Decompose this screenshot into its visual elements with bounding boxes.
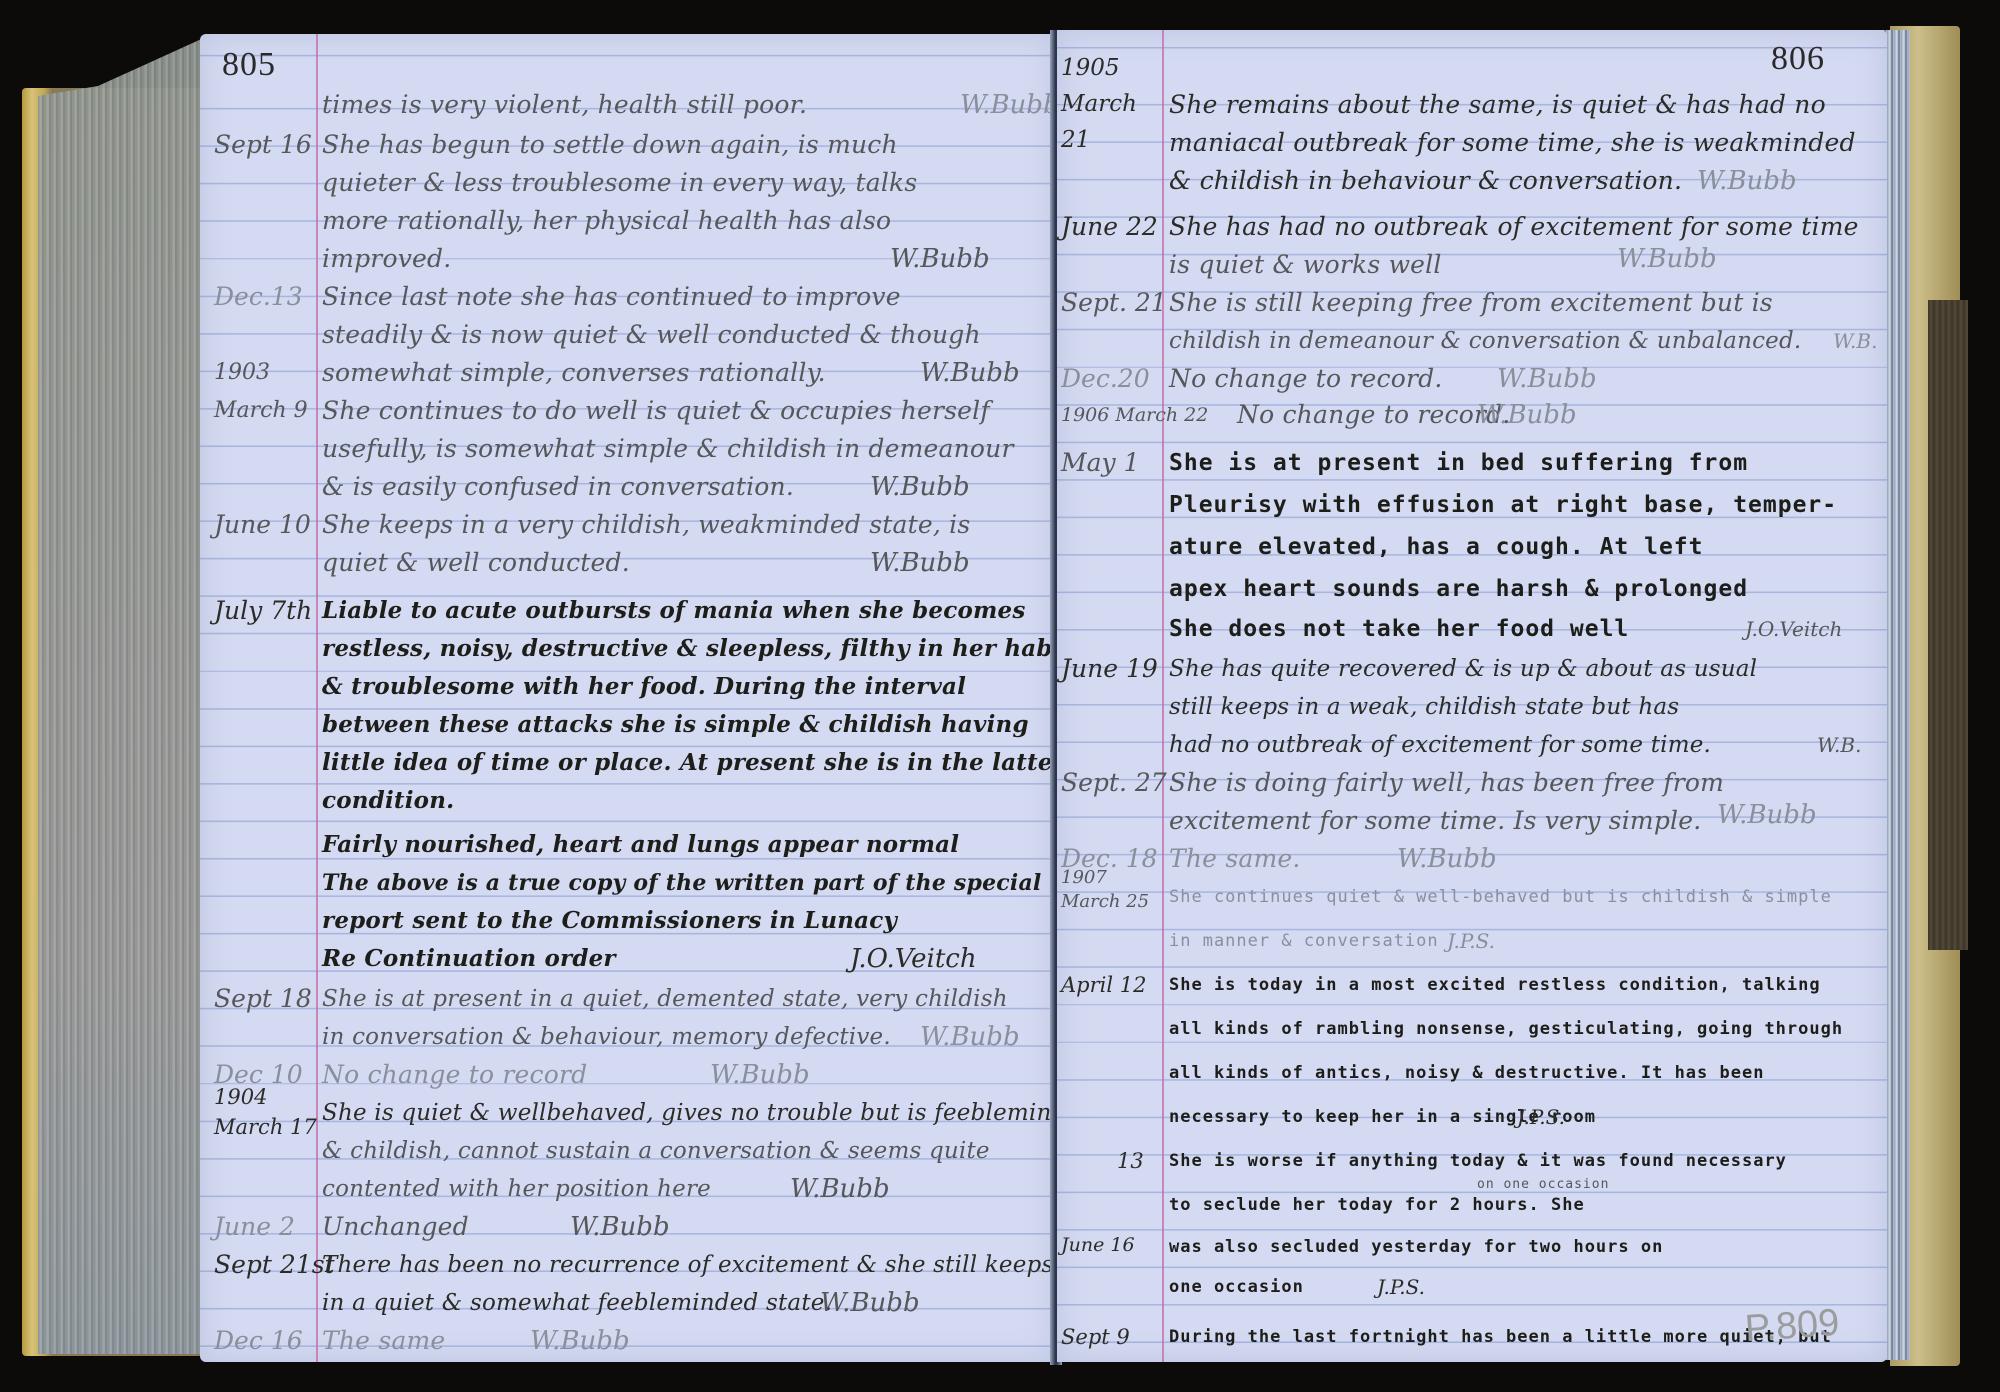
- signature: W.Bubb: [920, 354, 1020, 392]
- entry-line: She continues to do well is quiet & occu…: [322, 392, 990, 430]
- entry-line: somewhat simple, converses rationally.: [322, 354, 826, 392]
- entry-line: times is very violent, health still poor…: [322, 86, 807, 124]
- entry-line: She has begun to settle down again, is m…: [322, 126, 898, 164]
- page-number: 805: [222, 46, 276, 84]
- entry-line: had no outbreak of excitement for some t…: [1169, 726, 1711, 764]
- entry-line: in manner & conversation: [1169, 922, 1439, 960]
- entry-line: Pleurisy with effusion at right base, te…: [1169, 486, 1837, 524]
- signature: W.Bubb: [530, 1322, 630, 1360]
- entry-line: Liable to acute outbursts of mania when …: [322, 592, 1026, 630]
- signature: W.Bubb: [960, 86, 1060, 124]
- entry-date: June 19: [1061, 650, 1161, 688]
- entry-line: The same.: [1169, 840, 1301, 878]
- signature: W.Bubb: [1477, 396, 1577, 434]
- entry-line: She has had no outbreak of excitement fo…: [1169, 208, 1859, 246]
- entry-line: maniacal outbreak for some time, she is …: [1169, 124, 1856, 162]
- entry-line: childish in demeanour & conversation & u…: [1169, 322, 1801, 360]
- entry-date: 1904 March 17: [214, 1082, 329, 1142]
- entry-date: Sept. 27: [1061, 764, 1161, 802]
- signature: W.Bubb: [920, 1018, 1020, 1056]
- entry-date: June 10: [214, 506, 314, 544]
- signature: J.O.Veitch: [850, 940, 977, 978]
- signature: W.Bubb: [820, 1284, 920, 1322]
- entry-line: more rationally, her physical health has…: [322, 202, 891, 240]
- bookmark-ribbon: [1928, 300, 1968, 950]
- entry-line: Fairly nourished, heart and lungs appear…: [322, 826, 959, 864]
- entry-date: 1903 March 9: [214, 354, 324, 430]
- entry-line: No change to record: [322, 1056, 587, 1094]
- entry-line: During the last fortnight has been a lit…: [1169, 1318, 1832, 1356]
- entry-line: improved.: [322, 240, 451, 278]
- entry-line: excitement for some time. Is very simple…: [1169, 802, 1701, 840]
- entry-date: Sept 18: [214, 980, 314, 1018]
- entry-line: She keeps in a very childish, weakminded…: [322, 506, 970, 544]
- entry-line: apex heart sounds are harsh & prolonged: [1169, 570, 1748, 608]
- entry-date: Sept 16: [214, 126, 314, 164]
- entry-line: She is at present in bed suffering from: [1169, 444, 1748, 482]
- signature: W.Bubb: [890, 240, 990, 278]
- entry-date: April 12: [1061, 966, 1161, 1004]
- signature: W.Bubb: [1617, 240, 1717, 278]
- entry-date: Sept 21st: [214, 1246, 314, 1284]
- signature: J.O.Veitch: [1745, 610, 1842, 648]
- entry-line: one occasion: [1169, 1268, 1304, 1306]
- entry-line: to seclude her today for 2 hours. She: [1169, 1186, 1585, 1224]
- entry-line: Re Continuation order: [322, 940, 616, 978]
- entry-line: There has been no recurrence of exciteme…: [322, 1246, 1053, 1284]
- entry-line: all kinds of antics, noisy & destructive…: [1169, 1054, 1764, 1092]
- signature: J.P.S.: [1377, 1268, 1425, 1306]
- entry-line: ature elevated, has a cough. At left: [1169, 528, 1704, 566]
- signature: W.Bubb: [710, 1056, 810, 1094]
- entry-date: Sept 9: [1061, 1318, 1161, 1356]
- entry-date: Sept. 21: [1061, 284, 1161, 322]
- left-page: 805 times is very violent, health still …: [200, 34, 1055, 1362]
- entry-line: in conversation & behaviour, memory defe…: [322, 1018, 891, 1056]
- entry-date: June 2: [214, 1208, 314, 1246]
- entry-line: between these attacks she is simple & ch…: [322, 706, 1029, 744]
- margin-rule: [316, 34, 318, 1362]
- signature: J.P.S.: [1517, 1098, 1565, 1136]
- page-number: 806: [1771, 40, 1825, 78]
- signature: W.Bubb: [570, 1208, 670, 1246]
- signature: W.Bubb: [1697, 162, 1797, 200]
- entry-line: She does not take her food well: [1169, 610, 1629, 648]
- entry-line: She has quite recovered & is up & about …: [1169, 650, 1757, 688]
- entry-line: Unchanged: [322, 1208, 469, 1246]
- signature: W.Bubb: [1497, 360, 1597, 398]
- entry-line: No change to record.: [1237, 396, 1510, 434]
- signature: W.B.: [1833, 322, 1877, 360]
- entry-line: She is still keeping free from excitemen…: [1169, 284, 1773, 322]
- signature: W.Bubb: [870, 468, 970, 506]
- entry-date: 1905 March 21: [1061, 50, 1166, 158]
- entry-date: Dec.13: [214, 278, 314, 316]
- entry-line: quiet & well conducted.: [322, 544, 630, 582]
- entry-line: quieter & less troublesome in every way,…: [322, 164, 917, 202]
- entry-line: restless, noisy, destructive & sleepless…: [322, 630, 1086, 668]
- signature: W.Bubb: [790, 1170, 890, 1208]
- entry-line: report sent to the Commissioners in Luna…: [322, 902, 897, 940]
- entry-line: contented with her position here: [322, 1170, 711, 1208]
- entry-line: No change to record.: [1169, 360, 1442, 398]
- entry-line: steadily & is now quiet & well conducted…: [322, 316, 981, 354]
- signature: W.B.: [1817, 726, 1861, 764]
- entry-line: usefully, is somewhat simple & childish …: [322, 430, 1014, 468]
- entry-line: & troublesome with her food. During the …: [322, 668, 966, 706]
- entry-line: little idea of time or place. At present…: [322, 744, 1065, 782]
- entry-date: June 16: [1061, 1226, 1161, 1264]
- entry-line: She is at present in a quiet, demented s…: [322, 980, 1008, 1018]
- entry-line: condition.: [322, 782, 454, 820]
- entry-date: June 22: [1061, 208, 1161, 246]
- entry-date: 1907 March 25: [1061, 866, 1161, 914]
- open-register-book: 805 times is very violent, health still …: [0, 0, 2000, 1392]
- entry-line: She is doing fairly well, has been free …: [1169, 764, 1724, 802]
- signature: W.Bubb: [870, 544, 970, 582]
- entry-date: Dec.20: [1061, 360, 1161, 398]
- entry-line: & childish in behaviour & conversation.: [1169, 162, 1682, 200]
- entry-line: & childish, cannot sustain a conversatio…: [322, 1132, 990, 1170]
- signature: W.Bubb: [1397, 840, 1497, 878]
- left-page-edges: [38, 36, 208, 1354]
- right-page: 806 1905 March 21 She remains about the …: [1057, 30, 1887, 1362]
- entry-line: is quiet & works well: [1169, 246, 1442, 284]
- entry-date: May 1: [1061, 444, 1161, 482]
- entry-line: all kinds of rambling nonsense, gesticul…: [1169, 1010, 1843, 1048]
- reference-mark: P.809: [1743, 1302, 1840, 1351]
- signature: W.Bubb: [1717, 796, 1817, 834]
- entry-line: was also secluded yesterday for two hour…: [1169, 1228, 1663, 1266]
- signature: J.P.S.: [1447, 922, 1495, 960]
- entry-date: 1906 March 22: [1061, 396, 1181, 434]
- entry-line: & is easily confused in conversation.: [322, 468, 794, 506]
- entry-line: still keeps in a weak, childish state bu…: [1169, 688, 1679, 726]
- entry-line: in a quiet & somewhat feebleminded state…: [322, 1284, 832, 1322]
- entry-line: She continues quiet & well-behaved but i…: [1169, 878, 1832, 916]
- entry-line: The same: [322, 1322, 445, 1360]
- entry-line: The above is a true copy of the written …: [322, 864, 1041, 902]
- entry-date: Dec 16: [214, 1322, 314, 1360]
- entry-line: Since last note she has continued to imp…: [322, 278, 901, 316]
- entry-line: She is today in a most excited restless …: [1169, 966, 1821, 1004]
- entry-line: She remains about the same, is quiet & h…: [1169, 86, 1826, 124]
- entry-date: July 7th: [214, 592, 314, 630]
- entry-line: She is quiet & wellbehaved, gives no tro…: [322, 1094, 1095, 1132]
